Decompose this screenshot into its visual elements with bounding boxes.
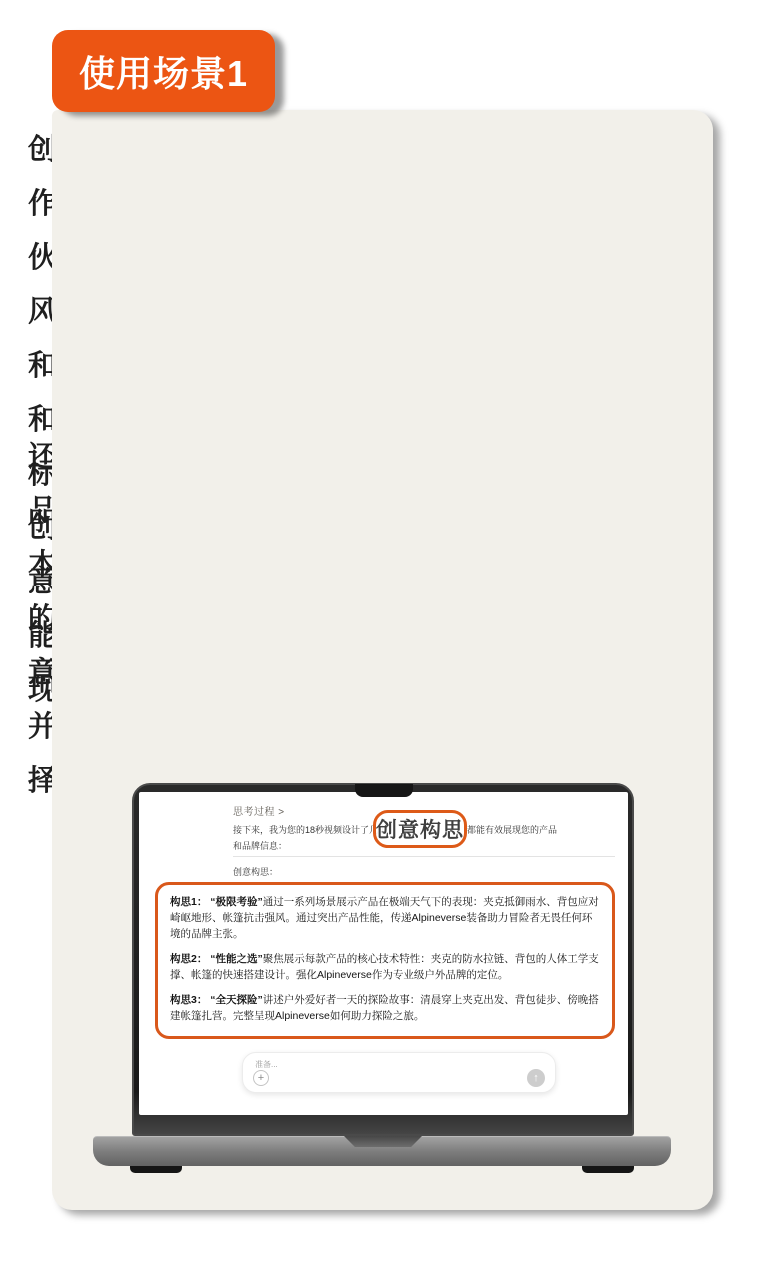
ideas-highlight-box: 构思1： “极限考验”通过一系列场景展示产品在极端天气下的表现：夹克抵御雨水、背… xyxy=(155,882,615,1039)
composer-input[interactable]: 准备... xyxy=(255,1059,278,1070)
idea-item-1: 构思1： “极限考验”通过一系列场景展示产品在极端天气下的表现：夹克抵御雨水、背… xyxy=(170,894,600,942)
assistant-message-prefix: 接下来，我为您的18秒视频设计了几个 xyxy=(233,825,387,835)
laptop-foot-left xyxy=(130,1166,182,1173)
idea-1-label: 构思1： xyxy=(170,896,207,908)
assistant-message-suffix1: 都能有效展现您的产品 xyxy=(467,825,557,835)
idea-item-2: 构思2： “性能之选”聚焦展示每款产品的核心技术特性：夹克的防水拉链、背包的人体… xyxy=(170,951,600,983)
thinking-process-toggle[interactable]: 思考过程 > xyxy=(233,803,285,818)
idea-item-3: 构思3： “全天探险”讲述户外爱好者一天的探险故事：清晨穿上夹克出发、背包徒步、… xyxy=(170,992,600,1024)
idea-2-title: “性能之选” xyxy=(210,953,263,965)
arrow-up-icon: ↑ xyxy=(533,1073,539,1084)
page-root: { "colors": { "accent_orange": "#EC5513"… xyxy=(0,0,765,1280)
scenario-badge: 使用场景1 xyxy=(52,30,275,112)
laptop-hinge-notch xyxy=(344,1136,422,1147)
idea-3-label: 构思3： xyxy=(170,994,207,1006)
creative-ideas-callout-label: 创意构思 xyxy=(376,814,464,844)
attach-button[interactable]: + xyxy=(253,1070,269,1086)
scenario-badge-label: 使用场景1 xyxy=(79,46,248,97)
idea-1-title: “极限考验” xyxy=(210,896,263,908)
plus-icon: + xyxy=(258,1073,264,1084)
laptop-camera-notch xyxy=(355,784,413,797)
assistant-message-line2: 和品牌信息： xyxy=(233,839,287,852)
composer[interactable]: 准备... + ↑ xyxy=(242,1052,556,1093)
message-divider xyxy=(233,856,615,857)
idea-2-label: 构思2： xyxy=(170,953,207,965)
laptop-screen-content: 思考过程 > 接下来，我为您的18秒视频设计了几个都能有效展现您的产品 和品牌信… xyxy=(139,792,628,1115)
ideas-heading: 创意构思： xyxy=(233,865,278,878)
idea-3-title: “全天探险” xyxy=(210,994,263,1006)
laptop-foot-right xyxy=(582,1166,634,1173)
creative-ideas-callout: 创意构思 xyxy=(373,810,467,848)
send-button[interactable]: ↑ xyxy=(527,1069,545,1087)
